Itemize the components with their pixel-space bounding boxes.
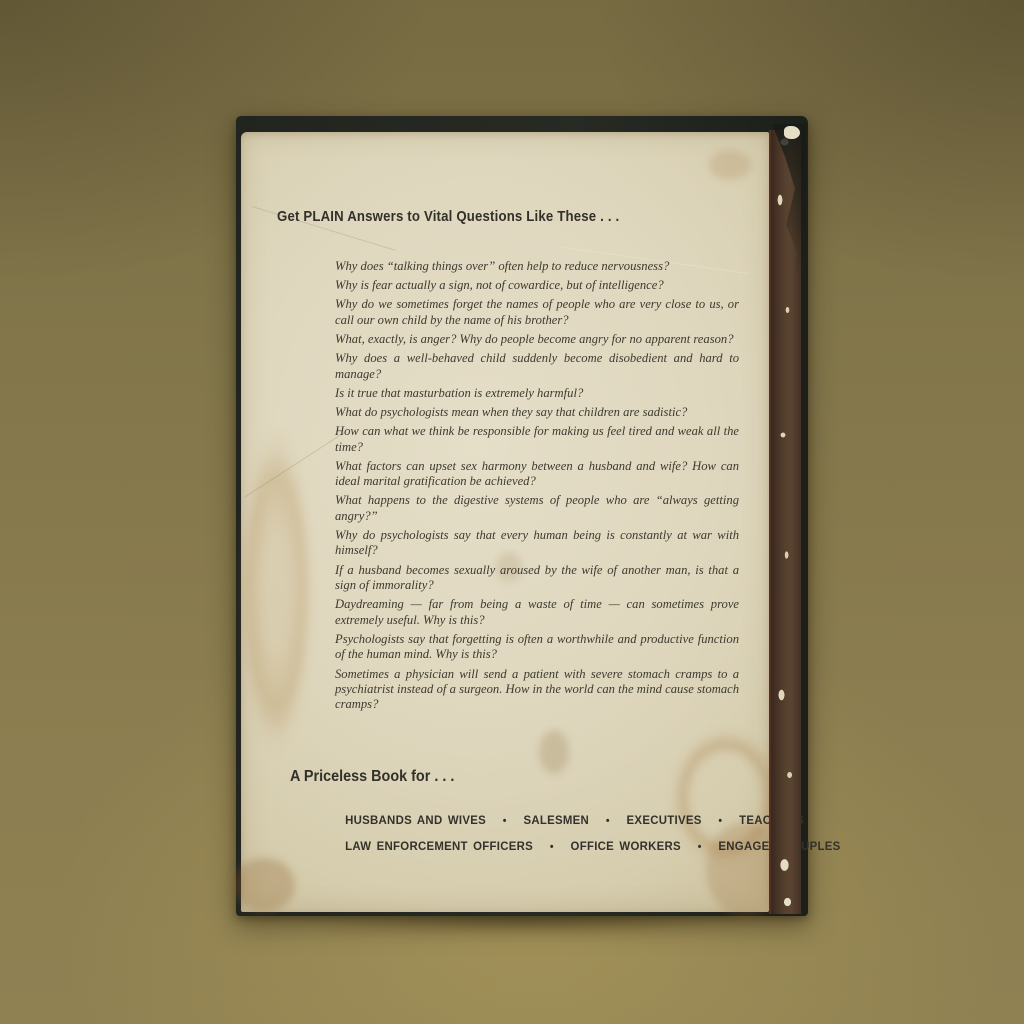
audience-row-1: HUSBANDS AND WIVES • SALESMEN • EXECUTIV… [345, 808, 729, 834]
book-back-cover: Get PLAIN Answers to Vital Questions Lik… [236, 116, 808, 916]
photo-backdrop: Get PLAIN Answers to Vital Questions Lik… [0, 0, 1024, 1024]
bullet-separator: • [718, 815, 722, 827]
bullet-separator: • [550, 841, 554, 853]
audience-item: SALESMEN [523, 813, 589, 827]
question-item: Why does “talking things over” often hel… [335, 259, 739, 274]
question-item: Why is fear actually a sign, not of cowa… [335, 278, 739, 293]
bullet-separator: • [503, 815, 507, 827]
audience-list: HUSBANDS AND WIVES • SALESMEN • EXECUTIV… [335, 808, 739, 860]
dust-jacket: Get PLAIN Answers to Vital Questions Lik… [241, 132, 769, 912]
bullet-separator: • [606, 815, 610, 827]
audience-item: EXECUTIVES [627, 813, 702, 827]
question-item: Why does a well-behaved child suddenly b… [335, 351, 739, 382]
audience-item: OFFICE WORKERS [571, 839, 681, 853]
priceless-heading: A Priceless Book for . . . [290, 768, 454, 786]
question-item: If a husband becomes sexually aroused by… [335, 563, 739, 594]
stain-blotch [539, 730, 569, 774]
question-item: How can what we think be responsible for… [335, 424, 739, 455]
question-item: Sometimes a physician will send a patien… [335, 667, 739, 713]
question-item: Why do we sometimes forget the names of … [335, 297, 739, 328]
audience-row-2: LAW ENFORCEMENT OFFICERS • OFFICE WORKER… [345, 834, 729, 860]
bullet-separator: • [698, 841, 702, 853]
question-item: What do psychologists mean when they say… [335, 405, 739, 420]
question-item: What, exactly, is anger? Why do people b… [335, 332, 739, 347]
stain-blotch [233, 858, 295, 912]
jacket-tear-remnant [784, 126, 800, 139]
question-item: Psychologists say that forgetting is oft… [335, 632, 739, 663]
audience-item: HUSBANDS AND WIVES [345, 813, 486, 827]
questions-list: Why does “talking things over” often hel… [335, 259, 739, 717]
audience-item: LAW ENFORCEMENT OFFICERS [345, 839, 533, 853]
cover-headline: Get PLAIN Answers to Vital Questions Lik… [277, 208, 619, 225]
stain-blotch [709, 150, 751, 180]
question-item: Why do psychologists say that every huma… [335, 528, 739, 559]
question-item: Is it true that masturbation is extremel… [335, 386, 739, 401]
question-item: What factors can upset sex harmony betwe… [335, 459, 739, 490]
question-item: Daydreaming — far from being a waste of … [335, 597, 739, 628]
question-item: What happens to the digestive systems of… [335, 493, 739, 524]
